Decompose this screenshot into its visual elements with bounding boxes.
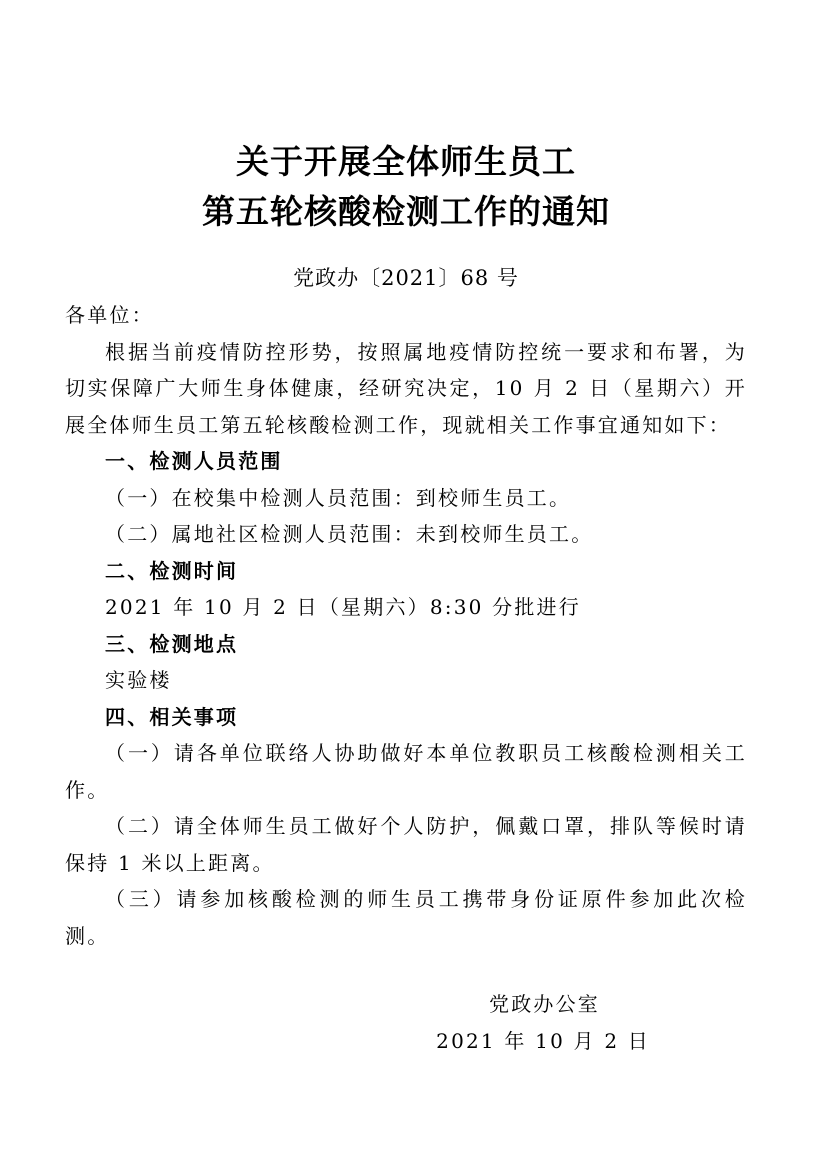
signature-block: 党政办公室 2021 年 10 月 2 日 [65,986,747,1059]
section-heading-notes: 四、相关事项 [65,699,747,736]
signature-date: 2021 年 10 月 2 日 [65,1023,747,1060]
section-heading-scope: 一、检测人员范围 [65,443,747,480]
title-line-2: 第五轮核酸检测工作的通知 [65,187,747,237]
title-line-1: 关于开展全体师生员工 [65,137,747,187]
signature-office: 党政办公室 [65,986,747,1023]
section-heading-location: 三、检测地点 [65,626,747,663]
document-page: 关于开展全体师生员工 第五轮核酸检测工作的通知 党政办〔2021〕68 号 各单… [0,0,813,1156]
section-heading-time: 二、检测时间 [65,553,747,590]
document-title: 关于开展全体师生员工 第五轮核酸检测工作的通知 [65,137,747,237]
scope-item-1: （一）在校集中检测人员范围：到校师生员工。 [65,480,747,517]
time-item: 2021 年 10 月 2 日（星期六）8:30 分批进行 [65,589,747,626]
notes-item-1: （一）请各单位联络人协助做好本单位教职员工核酸检测相关工作。 [65,735,747,808]
notes-item-3: （三）请参加核酸检测的师生员工携带身份证原件参加此次检测。 [65,881,747,954]
salutation: 各单位： [65,297,747,334]
document-number: 党政办〔2021〕68 号 [65,263,747,293]
notes-item-2: （二）请全体师生员工做好个人防护，佩戴口罩，排队等候时请保持 1 米以上距离。 [65,808,747,881]
intro-paragraph: 根据当前疫情防控形势，按照属地疫情防控统一要求和布署，为切实保障广大师生身体健康… [65,334,747,444]
scope-item-2: （二）属地社区检测人员范围：未到校师生员工。 [65,516,747,553]
document-canvas: { "document": { "title_line1": "关于开展全体师生… [0,0,813,1156]
location-item: 实验楼 [65,662,747,699]
document-body: 各单位： 根据当前疫情防控形势，按照属地疫情防控统一要求和布署，为切实保障广大师… [65,297,747,954]
